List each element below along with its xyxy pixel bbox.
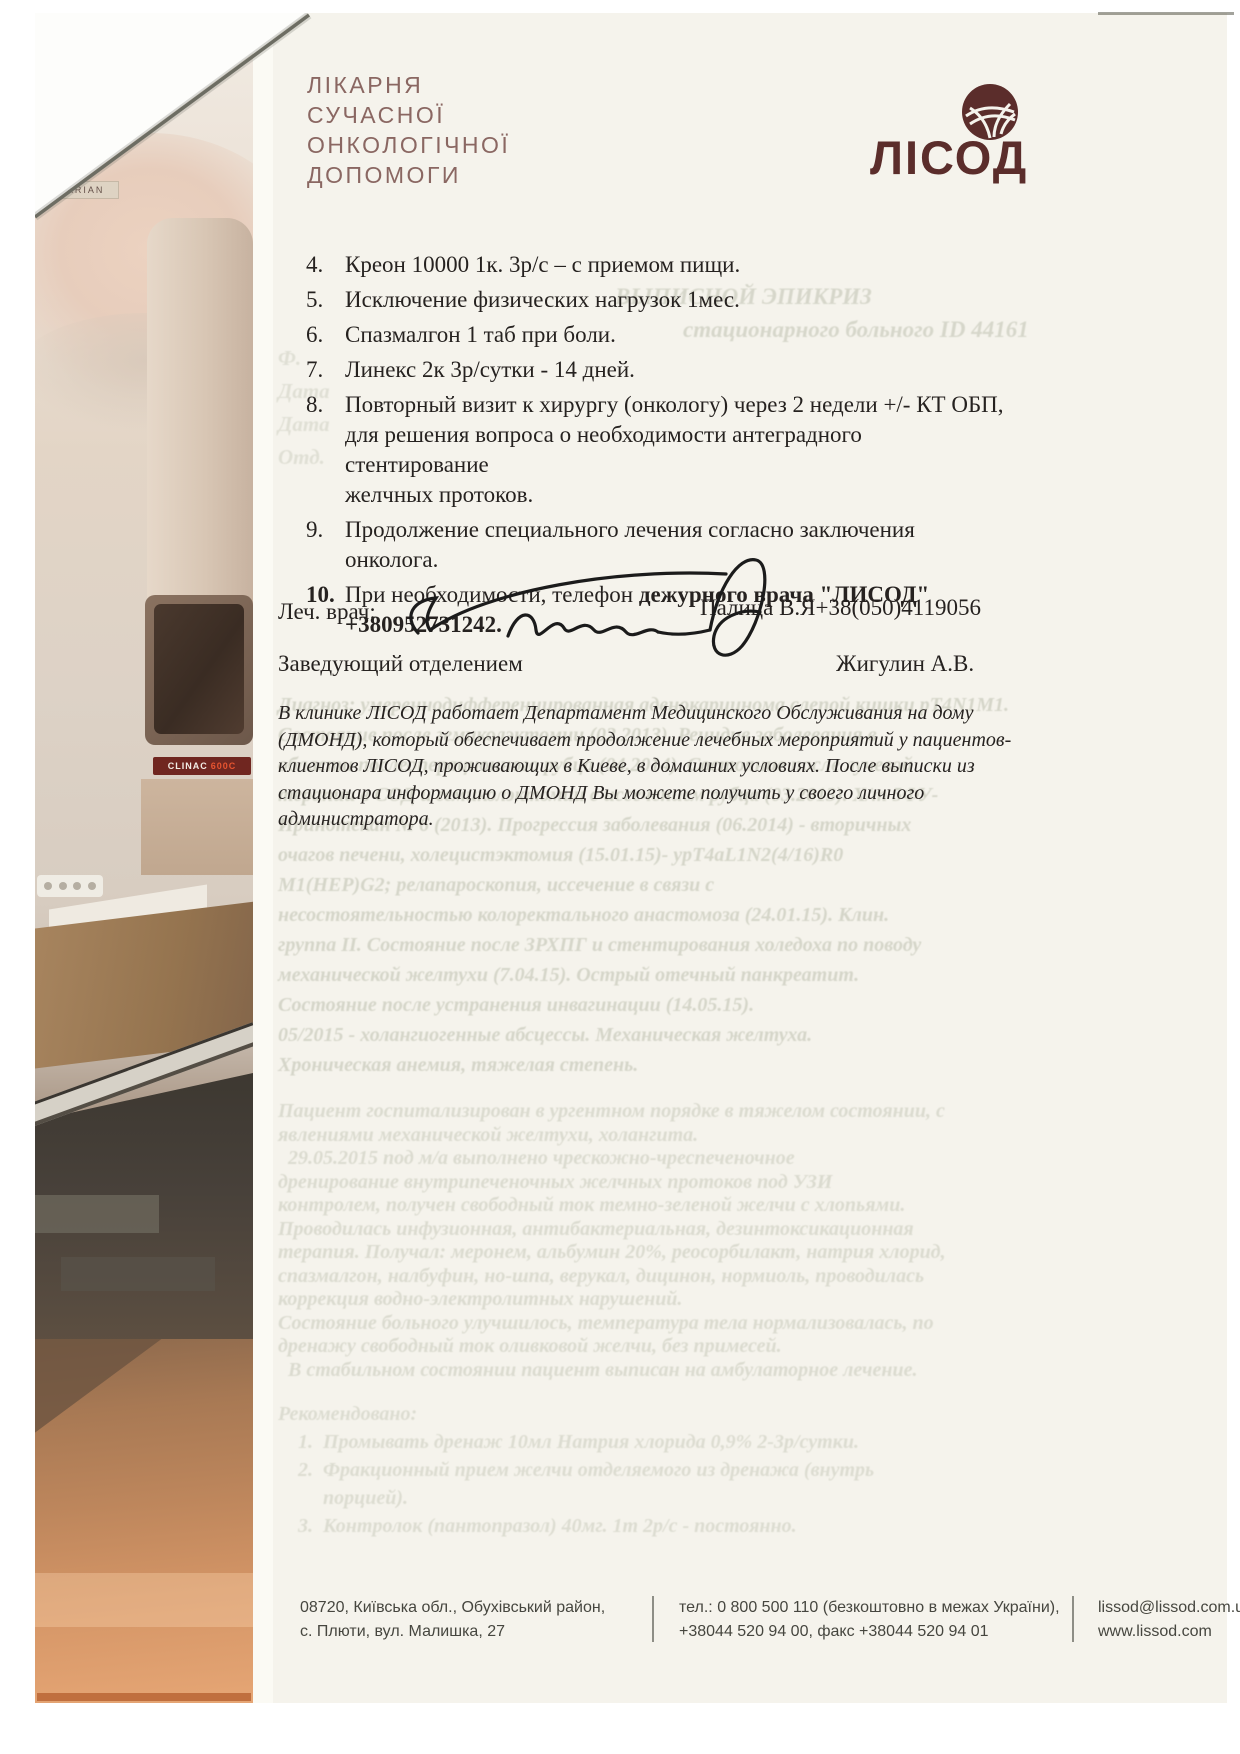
text-line: www.lissod.com: [1098, 1620, 1240, 1644]
text-line: ДОПОМОГИ: [307, 160, 510, 190]
footer-divider-1: [652, 1596, 654, 1642]
text-line: ОНКОЛОГІЧНОЇ: [307, 130, 510, 160]
list-item-number: 5.: [306, 285, 323, 315]
clinic-tagline: ЛІКАРНЯСУЧАСНОЇОНКОЛОГІЧНОЇДОПОМОГИ: [307, 70, 510, 190]
list-item-number: 4.: [306, 250, 323, 280]
footer-phone: тел.: 0 800 500 110 (безкоштовно в межах…: [679, 1596, 1060, 1644]
machine-screen: [154, 604, 244, 734]
accelerator-photo-strip: VARIAN CLINAC 600C: [35, 13, 253, 1703]
gantry-column: [147, 218, 253, 648]
footer-divider-2: [1072, 1596, 1074, 1642]
list-item-text: Спазмалгон 1 таб при боли.: [345, 322, 616, 347]
footer-address: 08720, Київська обл., Обухівський район,…: [300, 1596, 605, 1644]
dmond-note: В клинике ЛІСОД работает Департамент Мед…: [278, 700, 1018, 833]
text-line: тел.: 0 800 500 110 (безкоштовно в межах…: [679, 1596, 1060, 1620]
footer-web: lissod@lissod.com.uawww.lissod.com: [1098, 1596, 1240, 1644]
text-line: ЛІКАРНЯ: [307, 70, 510, 100]
text-line: СУЧАСНОЇ: [307, 100, 510, 130]
list-item: 8.Повторный визит к хирургу (онкологу) ч…: [278, 390, 1008, 510]
list-item-number: 9.: [306, 515, 323, 545]
floor-light-band: [35, 1573, 253, 1627]
wall-sockets: [37, 875, 103, 897]
photo-bottom-edge: [37, 1693, 251, 1701]
list-item: 6.Спазмалгон 1 таб при боли.: [278, 320, 1008, 350]
list-item-number: 8.: [306, 390, 323, 420]
doctor-signature: [358, 538, 878, 668]
list-item-number: 7.: [306, 355, 323, 385]
text-line: lissod@lissod.com.ua: [1098, 1596, 1240, 1620]
text-line: +38044 520 94 00, факс +38044 520 94 01: [679, 1620, 1060, 1644]
base-step-2: [61, 1257, 215, 1291]
lisod-logo-text: ЛІСОД: [870, 130, 1028, 185]
text-line: 08720, Київська обл., Обухівський район,: [300, 1596, 605, 1620]
list-item-number: 6.: [306, 320, 323, 350]
list-item-text: Повторный визит к хирургу (онкологу) чер…: [345, 392, 1004, 507]
clinac-label: CLINAC 600C: [153, 757, 251, 775]
clinac-label-text: CLINAC: [168, 761, 208, 771]
machine-body: [141, 779, 253, 875]
list-item: 4.Креон 10000 1к. 3р/с – с приемом пищи.: [278, 250, 1008, 280]
clinac-model-text: 600C: [211, 761, 237, 771]
scanned-discharge-document: VARIAN CLINAC 600C ВЫПИСНОЙ ЭПИКРИЗстаци…: [0, 0, 1240, 1754]
folded-corner: [35, 13, 325, 228]
scan-edge-line: [1098, 12, 1234, 15]
text-line: с. Плюти, вул. Малишка, 27: [300, 1620, 605, 1644]
list-item-text: Линекс 2к 3р/сутки - 14 дней.: [345, 357, 635, 382]
list-item-text: Исключение физических нагрузок 1мес.: [345, 287, 740, 312]
photo-gutter: [253, 13, 273, 1703]
list-item: 5.Исключение физических нагрузок 1мес.: [278, 285, 1008, 315]
list-item-text: Креон 10000 1к. 3р/с – с приемом пищи.: [345, 252, 740, 277]
list-item: 7.Линекс 2к 3р/сутки - 14 дней.: [278, 355, 1008, 385]
base-step-1: [35, 1195, 159, 1233]
